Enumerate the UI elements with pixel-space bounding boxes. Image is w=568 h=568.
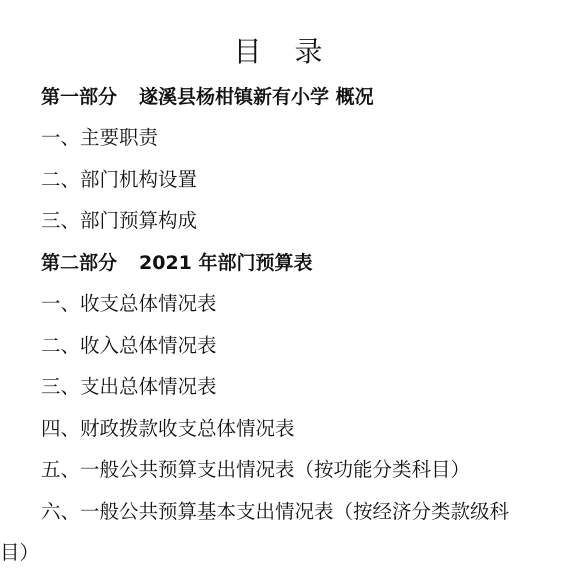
- part1-title: 遂溪县杨柑镇新有小学 概况: [139, 86, 374, 108]
- toc-item-income-overview[interactable]: 二、收入总体情况表: [41, 333, 217, 359]
- toc-item-main-duties[interactable]: 一、主要职责: [41, 125, 158, 151]
- toc-item-budget-composition[interactable]: 三、部门预算构成: [41, 208, 197, 234]
- toc-item-expense-overview[interactable]: 三、支出总体情况表: [41, 374, 217, 400]
- part2-title: 2021 年部门预算表: [139, 252, 313, 274]
- part1-prefix: 第一部分: [41, 86, 117, 108]
- part1-heading[interactable]: 第一部分遂溪县杨柑镇新有小学 概况: [41, 84, 374, 110]
- toc-item-org-setup[interactable]: 二、部门机构设置: [41, 167, 197, 193]
- toc-item-general-budget-economic-continued[interactable]: 目）: [0, 540, 39, 566]
- part2-heading[interactable]: 第二部分2021 年部门预算表: [41, 250, 313, 276]
- toc-item-general-budget-economic[interactable]: 六、一般公共预算基本支出情况表（按经济分类款级科: [41, 499, 509, 525]
- toc-item-income-expense-overview[interactable]: 一、收支总体情况表: [41, 291, 217, 317]
- toc-title: 目 录: [0, 34, 568, 70]
- toc-item-general-budget-functional[interactable]: 五、一般公共预算支出情况表（按功能分类科目）: [41, 457, 470, 483]
- toc-item-fiscal-appropriation[interactable]: 四、财政拨款收支总体情况表: [41, 416, 295, 442]
- part2-prefix: 第二部分: [41, 252, 117, 274]
